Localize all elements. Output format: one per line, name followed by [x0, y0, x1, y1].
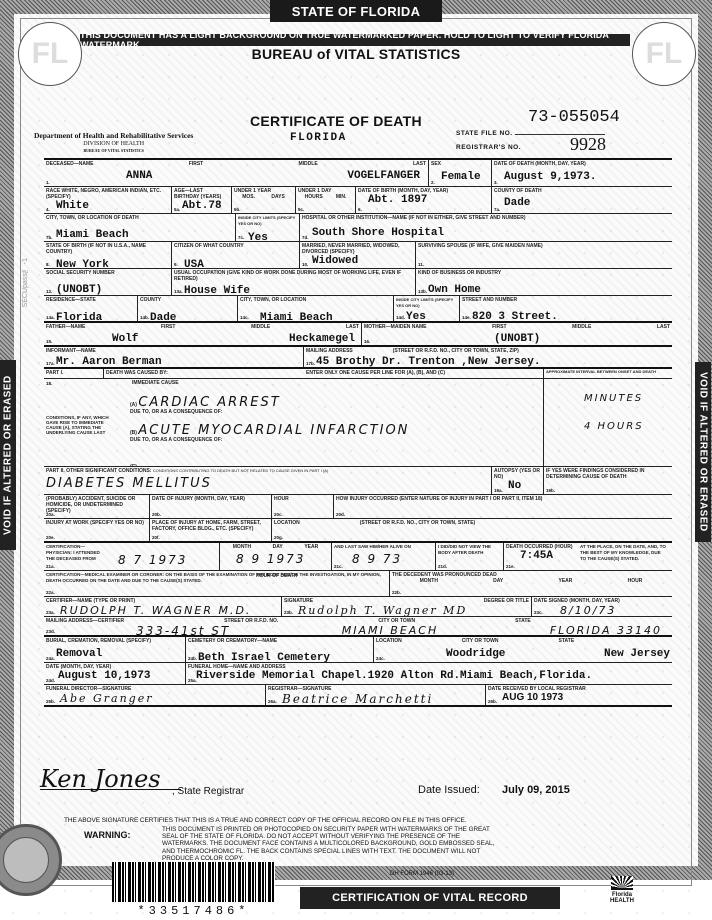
- field-medical-examiner: CERTIFICATION—MEDICAL EXAMINER OR CORONE…: [44, 571, 390, 596]
- field-burial-date: DATE (MONTH, DAY, YEAR) August 10,1973 2…: [44, 663, 186, 684]
- certificate-title: CERTIFICATE OF DEATH: [250, 113, 422, 129]
- field-autopsy: AUTOPSY (YES OR NO) No 19a.: [492, 467, 544, 494]
- registrar-number: 9928: [570, 134, 606, 155]
- field-other-conditions: PART II. OTHER SIGNIFICANT CONDITIONS: C…: [44, 467, 492, 494]
- field-last-saw-alive: AND LAST SAW HIM/HER ALIVE ON 8 9 73 21c…: [332, 543, 436, 570]
- field-registrar-signature: REGISTRAR—SIGNATURE Beatrice Marchetti 2…: [266, 685, 486, 705]
- date-issued: July 09, 2015: [502, 784, 570, 796]
- field-residence-state: RESIDENCE—STATE Florida 14a.: [44, 296, 138, 321]
- bureau-title: BUREAU of VITAL STATISTICS: [0, 46, 712, 62]
- field-attended-from: CERTIFICATION—PHYSICIAN: I ATTENDED THE …: [44, 543, 220, 570]
- field-hospital: HOSPITAL OR OTHER INSTITUTION—NAME (IF N…: [300, 214, 672, 241]
- field-informant-address: MAILING ADDRESS(STREET OR R.F.D. NO., CI…: [304, 347, 672, 367]
- field-deceased-name: DECEASED—NAMEFIRSTMIDDLELAST ANNA VOGELF…: [44, 160, 429, 186]
- field-county-of-death: COUNTY OF DEATH Dade 7a.: [492, 187, 672, 213]
- department-header: Department of Health and Rehabilitative …: [34, 131, 193, 153]
- field-date-received: DATE RECEIVED BY LOCAL REGISTRAR AUG 10 …: [486, 685, 672, 705]
- field-certifier-name: CERTIFIER—NAME (TYPE OR PRINT) RUDOLPH T…: [44, 597, 282, 616]
- field-accident-type: (Probably) ACCIDENT, SUICIDE OR HOMICIDE…: [44, 495, 150, 518]
- field-pronounced-dead: THE DECEDENT WAS PRONOUNCED DEAD MONTHDA…: [390, 571, 672, 596]
- field-certifier-address: MAILING ADDRESS—CERTIFIERSTREET OR R.F.D…: [44, 617, 672, 635]
- field-injury-at-work: INJURY AT WORK (SPECIFY YES OR NO)20e.: [44, 519, 150, 541]
- bureau-small: BUREAU OF VITAL STATISTICS: [34, 148, 193, 153]
- field-mother-maiden-name: MOTHER—MAIDEN NAMEFIRSTMIDDLELAST (UNOBT…: [362, 323, 672, 345]
- barcode: [112, 862, 275, 902]
- field-death-hour: AT THE PLACE, ON THE DATE, AND, TO THE B…: [504, 543, 672, 570]
- field-residence-county: COUNTY Dade 14b.: [138, 296, 238, 321]
- field-injury-hour: HOUR20c.: [272, 495, 334, 518]
- cause-c: (c): [130, 455, 137, 466]
- field-under-1-day: UNDER 1 DAY HOURSMIN. 5c.: [296, 187, 356, 213]
- field-cause-of-death: IMMEDIATE CAUSE (a) CARDIAC ARREST DUE T…: [44, 379, 544, 466]
- state-file-number: 73-055054: [528, 108, 620, 127]
- field-city-of-death: CITY, TOWN, OR LOCATION OF DEATH Miami B…: [44, 214, 236, 241]
- field-attended-to: MONTHDAYYEAR 8 9 1973: [220, 543, 332, 570]
- field-how-injury: HOW INJURY OCCURRED (ENTER NATURE OF INJ…: [334, 495, 672, 518]
- field-surviving-spouse: SURVIVING SPOUSE (IF WIFE, GIVE MAIDEN N…: [416, 242, 672, 268]
- field-residence-inside-city: INSIDE CITY LIMITS (SPECIFY YES OR NO) Y…: [394, 296, 460, 321]
- field-disposition: BURIAL, CREMATION, REMOVAL (SPECIFY) Rem…: [44, 637, 186, 662]
- certification-banner: CERTIFICATION OF VITAL RECORD: [300, 887, 560, 909]
- security-mark: SECUpass™ -1: [22, 258, 29, 307]
- field-date-of-birth: DATE OF BIRTH (MONTH, DAY, YEAR) Abt. 18…: [356, 187, 492, 213]
- field-business-industry: KIND OF BUSINESS OR INDUSTRY Own Home 13…: [416, 269, 672, 295]
- field-father-name: FATHER—NAMEFIRSTMIDDLELAST Wolf Heckameg…: [44, 323, 362, 345]
- field-sex: SEX Female 2.: [429, 160, 492, 186]
- void-notice-right: VOID IF ALTERED OR ERASED: [695, 362, 711, 542]
- field-date-of-injury: DATE OF INJURY (MONTH, DAY, YEAR)20b.: [150, 495, 272, 518]
- field-under-1-year: UNDER 1 YEAR MOS.DAYS 5b.: [232, 187, 296, 213]
- field-date-signed: DATE SIGNED (MONTH, DAY, YEAR) 8/10/73 2…: [532, 597, 672, 616]
- florida-health-logo: Florida HEALTH: [608, 876, 636, 912]
- father-last: Heckamegel: [279, 333, 355, 345]
- last-name: VOGELFANGER: [337, 170, 420, 182]
- field-autopsy-findings: IF YES WERE FINDINGS CONSIDERED IN DETER…: [544, 467, 672, 494]
- field-inside-city-limits: INSIDE CITY LIMITS (SPECIFY YES OR NO) Y…: [236, 214, 300, 241]
- field-interval: MINUTES 4 HOURS: [544, 379, 672, 466]
- field-funeral-director: FUNERAL DIRECTOR—SIGNATURE Abe Granger 2…: [44, 685, 266, 705]
- sun-icon: [611, 876, 633, 890]
- state-registrar-label: , State Registrar: [172, 786, 244, 797]
- field-certifier-signature: SIGNATUREDEGREE OR TITLE Rudolph T. Wagn…: [282, 597, 532, 616]
- field-injury-location: LOCATION(STREET OR R.F.D. NO., CITY OR T…: [272, 519, 672, 541]
- registrar-label: REGISTRAR'S NO.: [456, 144, 521, 151]
- field-informant: INFORMANT—NAME Mr. Aaron Berman 17a.: [44, 347, 304, 367]
- field-place-of-injury: PLACE OF INJURY AT HOME, FARM, STREET, F…: [150, 519, 272, 541]
- department-name: Department of Health and Rehabilitative …: [34, 131, 193, 140]
- field-age: AGE—LAST BIRTHDAY (YEARS) Abt.78 5a.: [172, 187, 232, 213]
- field-cemetery: CEMETERY OR CREMATORY—NAME Beth Israel C…: [186, 637, 374, 662]
- field-race: RACE WHITE, NEGRO, AMERICAN INDIAN, ETC.…: [44, 187, 172, 213]
- warning-text: THIS DOCUMENT IS PRINTED OR PHOTOCOPIED …: [162, 826, 502, 862]
- certification-statement: THE ABOVE SIGNATURE CERTIFIES THAT THIS …: [64, 817, 467, 824]
- field-citizen-country: CITIZEN OF WHAT COUNTRY USA 9.: [172, 242, 300, 268]
- void-notice-left: VOID IF ALTERED OR ERASED: [0, 360, 16, 550]
- field-residence-city: CITY, TOWN, OR LOCATION Miami Beach 14c.: [238, 296, 394, 321]
- field-state-of-birth: STATE OF BIRTH (IF NOT IN U.S.A., NAME C…: [44, 242, 172, 268]
- field-occupation: USUAL OCCUPATION (GIVE KIND OF WORK DONE…: [172, 269, 416, 295]
- first-name: ANNA: [116, 170, 152, 182]
- barcode-number: *33517486*: [112, 904, 275, 918]
- state-banner: STATE OF FLORIDA: [270, 0, 442, 22]
- field-did-not-view-body: I DID/DID NOT VIEW THE BODY AFTER DEATH …: [436, 543, 504, 570]
- state-registrar-signature: Ken Jones: [40, 765, 161, 793]
- field-date-of-death: DATE OF DEATH (MONTH, DAY, YEAR) August …: [492, 160, 672, 186]
- field-social-security: SOCIAL SECURITY NUMBER (UNOBT) 12.: [44, 269, 172, 295]
- field-cemetery-location: LOCATIONCITY OR TOWNSTATE Woodridge New …: [374, 637, 672, 662]
- field-residence-street: STREET AND NUMBER 820 3 Street. 14e.: [460, 296, 672, 321]
- certificate-state: FLORIDA: [290, 132, 347, 144]
- field-funeral-home: FUNERAL HOME—NAME AND ADDRESS Riverside …: [186, 663, 672, 684]
- date-issued-label: Date Issued:: [418, 784, 480, 796]
- division-name: DIVISION OF HEALTH: [34, 141, 193, 147]
- form-number: DH FORM 1946 (03-13): [390, 871, 454, 877]
- watermark-notice: THIS DOCUMENT HAS A LIGHT BACKGROUND ON …: [80, 34, 630, 46]
- father-first: Wolf: [102, 333, 138, 345]
- field-marital-status: MARRIED, NEVER MARRIED, WIDOWED, DIVORCE…: [300, 242, 416, 268]
- death-certificate-form: DECEASED—NAMEFIRSTMIDDLELAST ANNA VOGELF…: [44, 158, 672, 707]
- warning-label: WARNING:: [84, 830, 131, 840]
